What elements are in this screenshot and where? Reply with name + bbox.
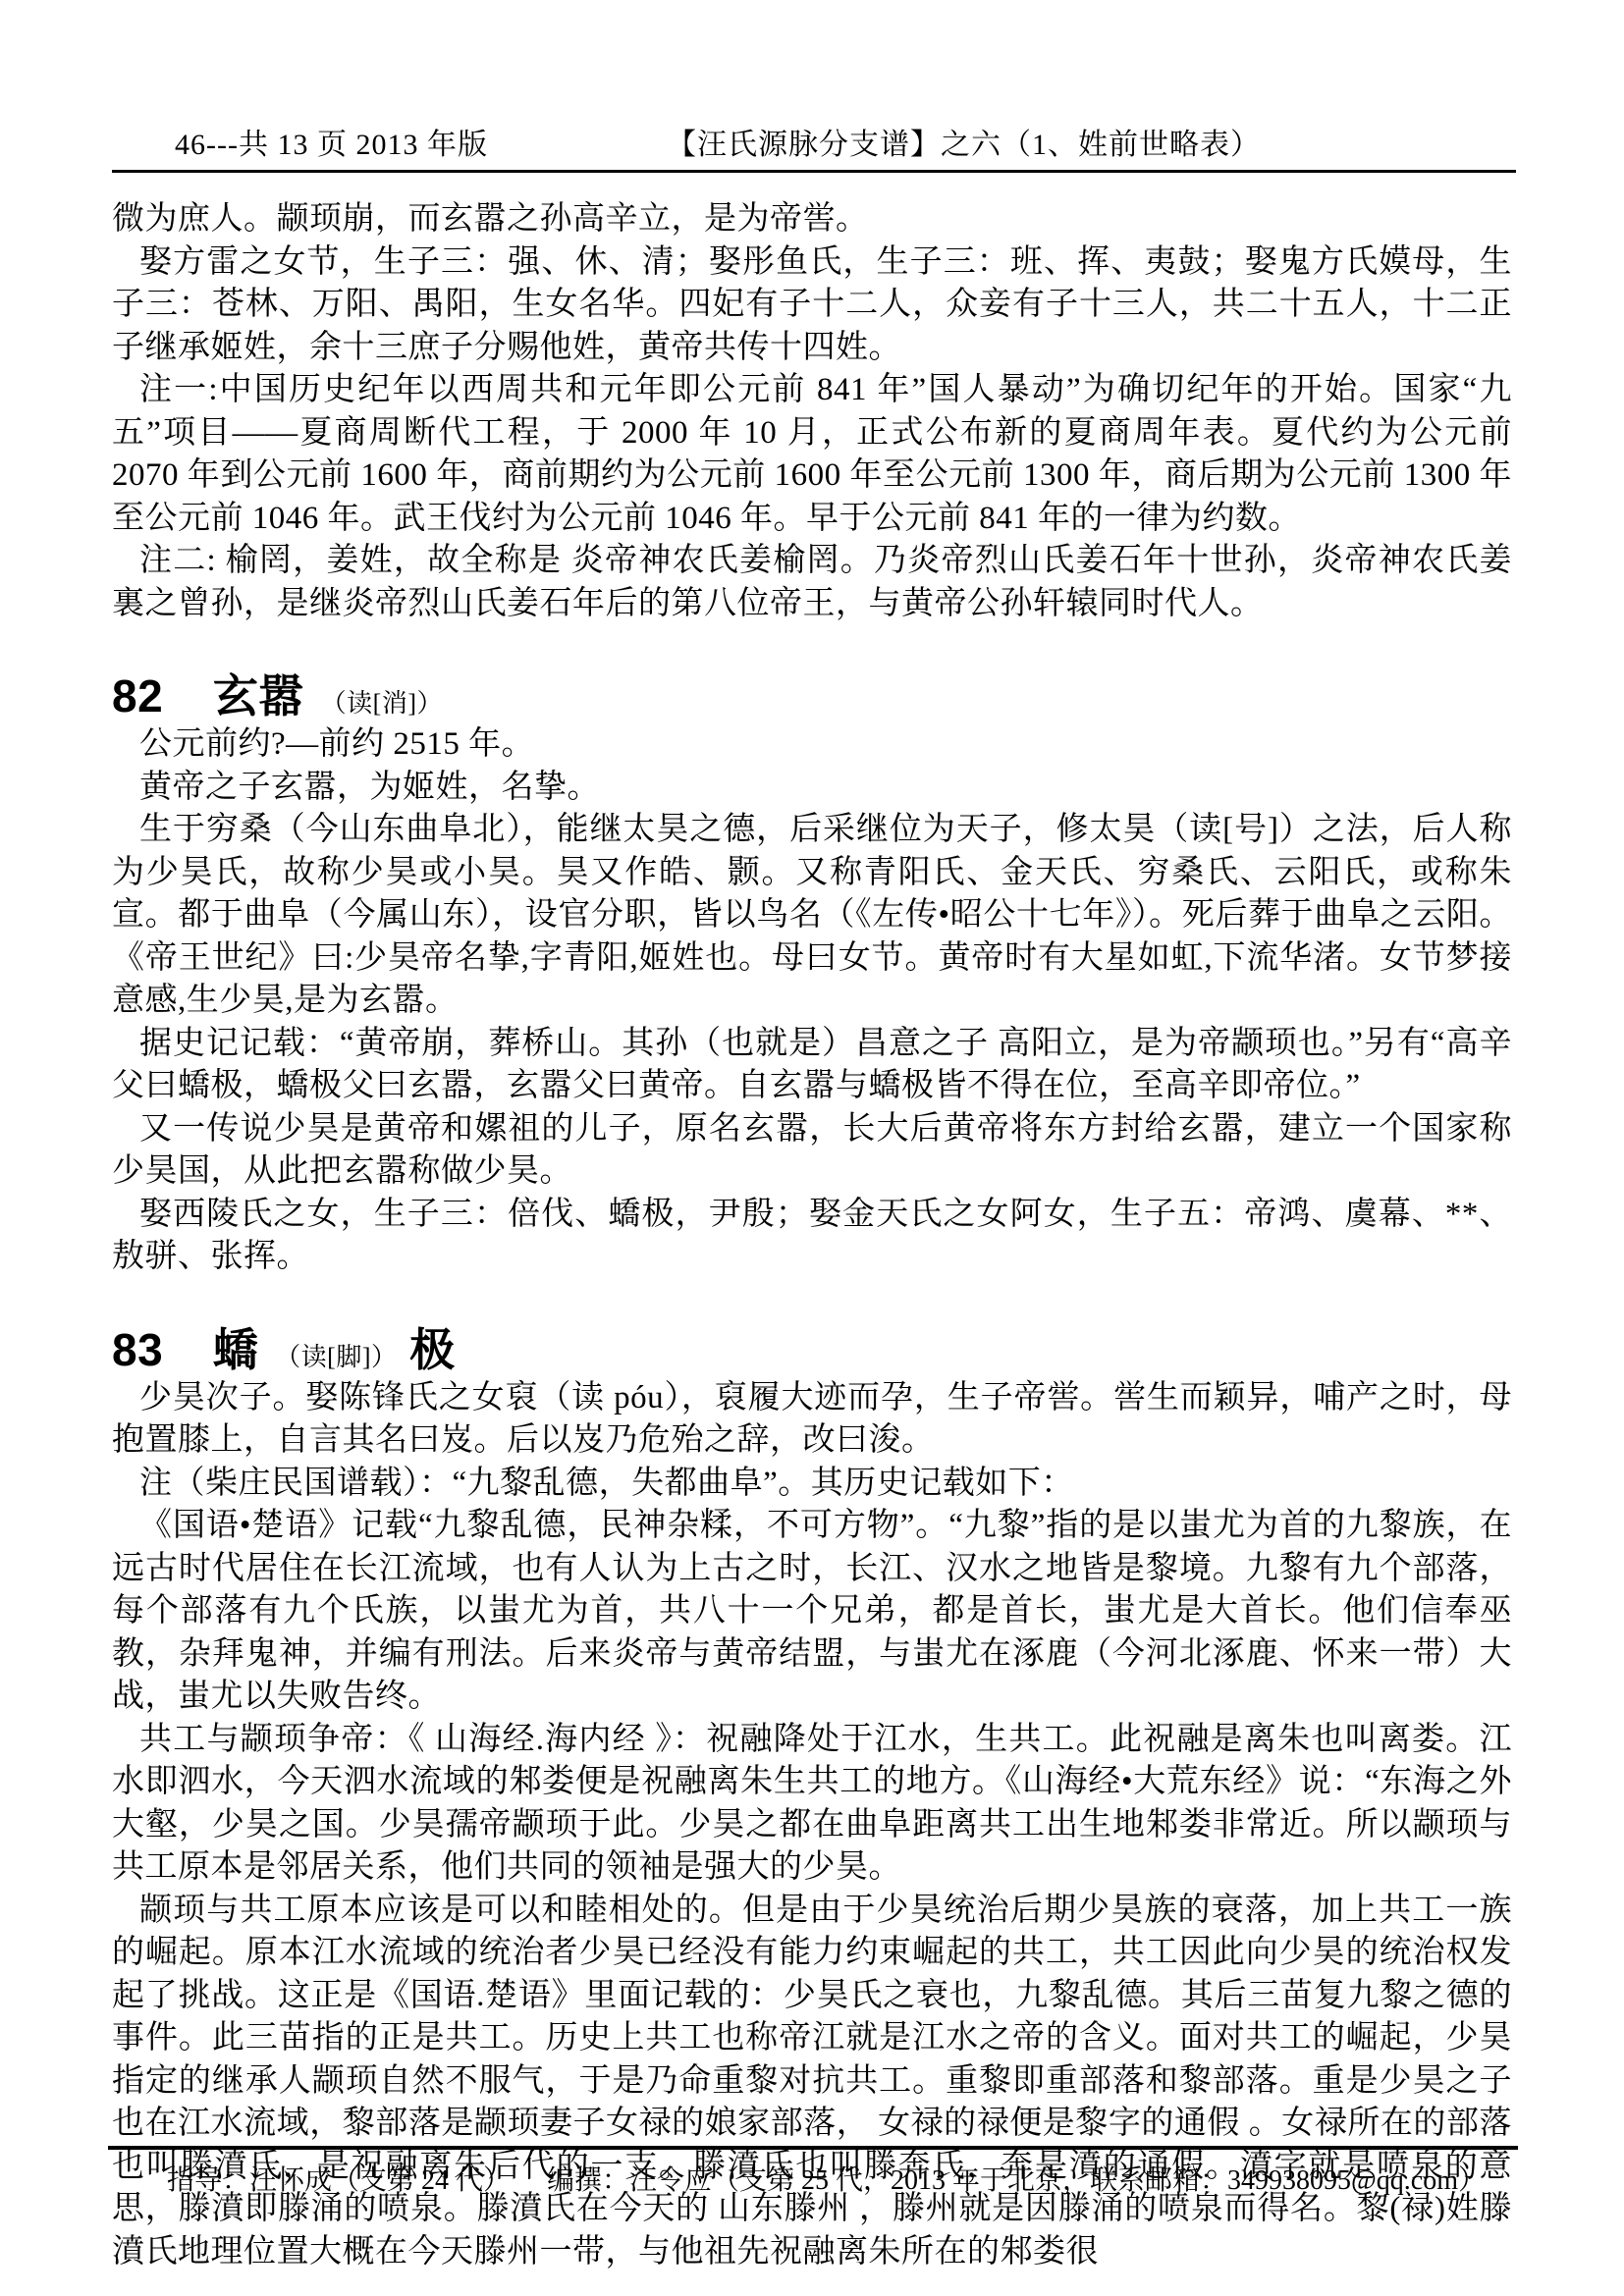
section-name: 蟜	[213, 1325, 259, 1375]
section-name-suffix: 极	[409, 1325, 456, 1375]
section-number: 83	[112, 1324, 163, 1375]
paragraph: 据史记记载：“黄帝崩，葬桥山。其孙（也就是）昌意之子 高阳立，是为帝颛顼也。”另…	[112, 1023, 1512, 1108]
page-body: 微为庶人。颛顼崩，而玄嚣之孙高辛立，是为帝喾。 娶方雷之女节，生子三：强、休、清…	[112, 0, 1512, 2273]
document-page: 46---共 13 页 2013 年版 【汪氏源脉分支谱】之六（1、姓前世略表）…	[0, 0, 1624, 2296]
pronunciation-note: （读[消]）	[321, 689, 443, 718]
section-name: 玄嚣	[213, 671, 304, 721]
paragraph-note-2: 注二: 榆罔，姜姓，故全称是 炎帝神农氏姜榆罔。乃炎帝烈山氏姜石年十世孙，炎帝神…	[112, 540, 1512, 625]
paragraph-note-1: 注一:中国历史纪年以西周共和元年即公元前 841 年”国人暴动”为确切纪年的开始…	[112, 369, 1512, 540]
page-footer: 指导：汪怀成（支第 24 代） 编撰：汪令应（支第 25 代，2013 年于北京…	[112, 2162, 1512, 2201]
paragraph: 《国语•楚语》记载“九黎乱德，民神杂糅，不可方物”。“九黎”指的是以蚩尤为首的九…	[112, 1505, 1512, 1719]
section-heading-82: 82 玄嚣 （读[消]）	[112, 668, 1512, 723]
paragraph: 娶西陵氏之女，生子三：倍伐、蟜极，尹殷；娶金天氏之女阿女，生子五：帝鸿、虞幕、*…	[112, 1194, 1512, 1279]
paragraph-dates: 公元前约?—前约 2515 年。	[112, 723, 1512, 767]
paragraph-note: 注（柴庄民国谱载）：“九黎乱德，失都曲阜”。其历史记载如下：	[112, 1463, 1512, 1506]
footer-rule	[108, 2146, 1518, 2150]
paragraph: 微为庶人。颛顼崩，而玄嚣之孙高辛立，是为帝喾。	[112, 198, 1512, 241]
paragraph: 黄帝之子玄嚣，为姬姓，名挚。	[112, 767, 1512, 810]
section-number: 82	[112, 670, 163, 721]
footer-editor: 编撰：汪令应（支第 25 代，2013 年于北京，联系邮箱：349938095@…	[547, 2165, 1486, 2196]
paragraph: 共工与颛顼争帝：《 山海经.海内经 》：祝融降处于江水，生共工。此祝融是离朱也叫…	[112, 1719, 1512, 1890]
paragraph: 又一传说少昊是黄帝和嫘祖的儿子，原名玄嚣，长大后黄帝将东方封给玄嚣，建立一个国家…	[112, 1108, 1512, 1194]
paragraph: 颛顼与共工原本应该是可以和睦相处的。但是由于少昊统治后期少昊族的衰落，加上共工一…	[112, 1890, 1512, 2274]
footer-advisor: 指导：汪怀成（支第 24 代）	[167, 2165, 511, 2196]
paragraph: 生于穷桑（今山东曲阜北），能继太昊之德，后采继位为天子，修太昊（读[号]）之法，…	[112, 809, 1512, 1023]
section-heading-83: 83 蟜 （读[脚]） 极	[112, 1322, 1512, 1377]
paragraph: 娶方雷之女节，生子三：强、休、清；娶彤鱼氏，生子三：班、挥、夷鼓；娶鬼方氏嫫母，…	[112, 241, 1512, 370]
pronunciation-note: （读[脚]）	[275, 1343, 397, 1371]
paragraph: 少昊次子。娶陈锋氏之女裒（读 póu），裒履大迹而孕，生子帝喾。喾生而颖异，哺产…	[112, 1377, 1512, 1463]
